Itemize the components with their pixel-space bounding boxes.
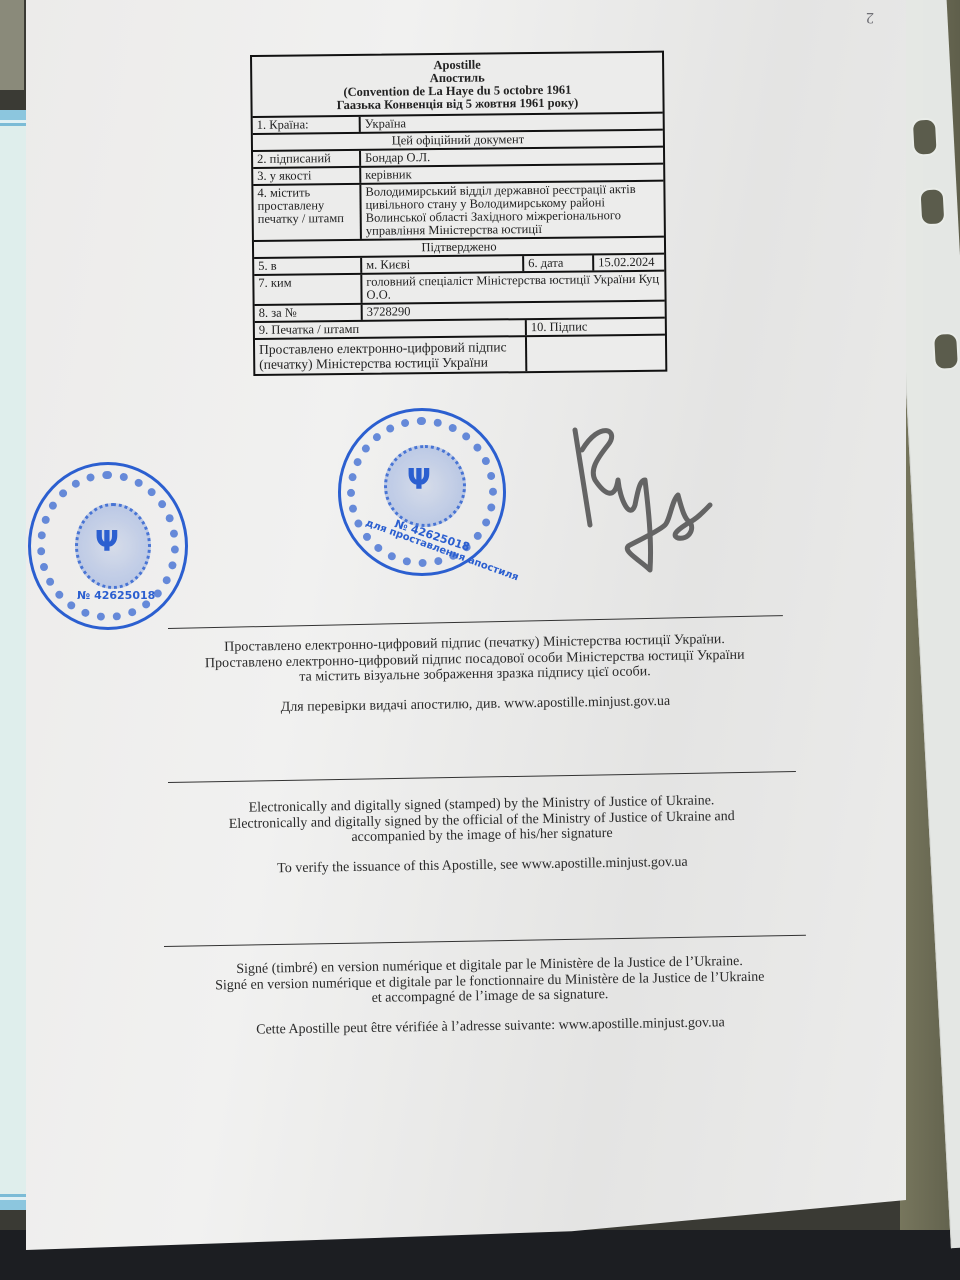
- apostille-header: Apostille Апостиль (Convention de La Hay…: [252, 53, 663, 116]
- ministry-seal-stamp: Ψ № 42625018 для проставлення апостиля: [338, 408, 506, 576]
- ministry-seal-stamp-left: Ψ № 42625018: [28, 462, 188, 630]
- stamp-label: 9. Печатка / штамп: [255, 320, 527, 338]
- number-label: 8. за №: [255, 305, 363, 321]
- seal-number: № 42625018: [77, 589, 155, 602]
- corner-note: 2: [866, 8, 874, 26]
- capacity-value: керівник: [361, 165, 663, 183]
- place-label: 5. в: [254, 258, 362, 274]
- place-value: м. Києві: [362, 256, 524, 273]
- apostille-table: Apostille Апостиль (Convention de La Hay…: [250, 51, 667, 376]
- signature-label: 10. Підпис: [527, 319, 665, 335]
- seal-label: 4. містить проставлену печатку / штамп: [253, 185, 362, 240]
- punch-hole: [911, 117, 939, 156]
- punch-hole: [918, 187, 946, 226]
- punch-hole: [932, 332, 960, 371]
- trident-icon: Ψ: [95, 525, 119, 558]
- signature-cell: [527, 336, 665, 371]
- by-whom-value: головний спеціаліст Міністерства юстиції…: [362, 272, 664, 303]
- row-stamp-signature: Проставлено електронно-цифровий підпис (…: [255, 334, 665, 374]
- country-label: 1. Країна:: [253, 117, 361, 133]
- section-en: Electronically and digitally signed (sta…: [161, 792, 802, 878]
- capacity-label: 3. у якості: [253, 168, 361, 184]
- handwritten-signature: [560, 410, 720, 590]
- date-label: 6. дата: [524, 255, 594, 271]
- seal-value: Володимирський відділ державної реєстрац…: [361, 182, 664, 239]
- row-by-whom: 7. ким головний спеціаліст Міністерства …: [254, 270, 664, 304]
- by-whom-label: 7. ким: [254, 275, 362, 304]
- section-fr: Signé (timbré) en version numérique et d…: [159, 953, 820, 1039]
- stamp-text: Проставлено електронно-цифровий підпис (…: [255, 337, 527, 374]
- trident-icon: Ψ: [407, 463, 431, 496]
- row-seal: 4. містить проставлену печатку / штамп В…: [253, 180, 664, 240]
- section-uk: Проставлено електронно-цифровий підпис (…: [159, 631, 790, 717]
- signed-by-value: Бондар О.Л.: [361, 148, 663, 166]
- signed-by-label: 2. підписаний: [253, 151, 361, 167]
- number-value: 3728290: [363, 302, 665, 320]
- desk-background-corner: [0, 0, 24, 90]
- country-value: Україна: [361, 114, 663, 132]
- date-value: 15.02.2024: [594, 255, 664, 271]
